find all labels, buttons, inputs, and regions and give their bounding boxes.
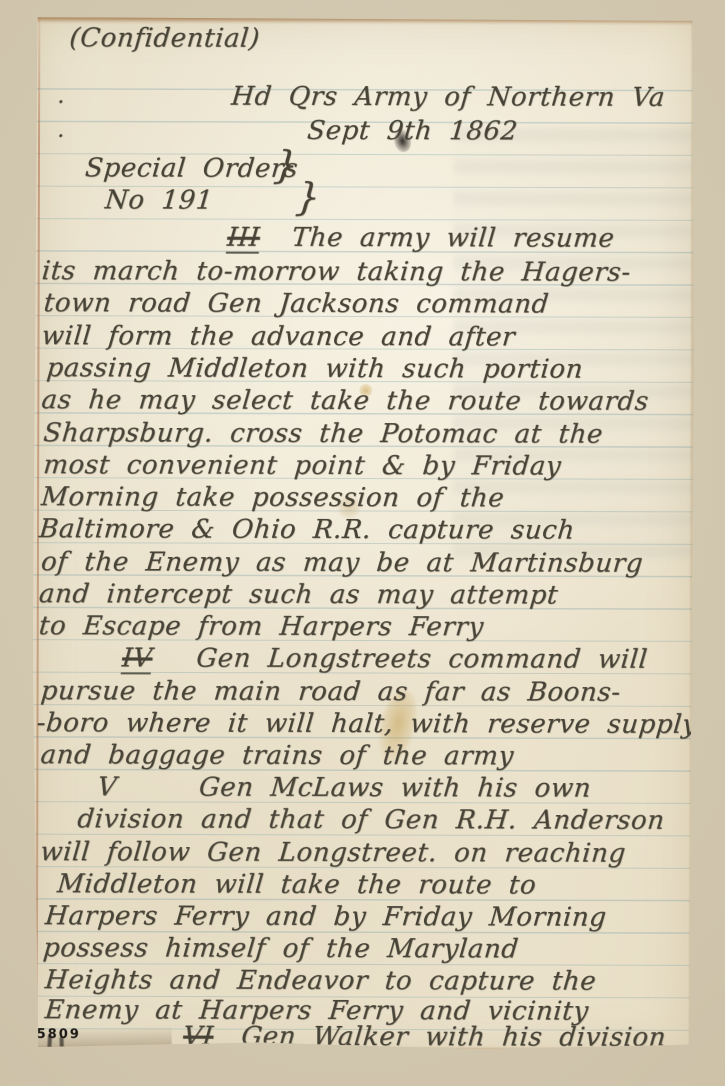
paragraph-numeral: V <box>96 774 118 801</box>
manuscript-line: } <box>294 178 322 218</box>
line-text: } <box>294 175 323 219</box>
handwritten-text: (Confidential)·Hd Qrs Army of Northern V… <box>32 17 695 1053</box>
line-text: will follow Gen Longstreet. on reaching <box>39 837 627 869</box>
line-text: and intercept such as may attempt <box>38 579 560 610</box>
manuscript-line: -boro where it will halt, with reserve s… <box>35 710 698 739</box>
line-text: town road Gen Jacksons command <box>43 288 551 319</box>
paragraph-numeral: VI <box>182 1024 215 1053</box>
line-text: Sept 9th 1862 <box>306 116 519 147</box>
manuscript-line: IIIThe army will resume <box>226 225 616 255</box>
line-text: The army will resume <box>290 223 615 254</box>
manuscript-line: Hd Qrs Army of Northern Va <box>230 84 666 112</box>
manuscript-line: · <box>56 125 66 148</box>
manuscript-line: passing Middleton with such portion <box>45 355 584 384</box>
line-text: · <box>56 124 66 149</box>
manuscript-line: its march to-morrow taking the Hagers- <box>41 258 632 287</box>
manuscript-line: VIGen Walker with his division <box>182 1024 668 1055</box>
line-text: (Confidential) <box>68 23 261 53</box>
manuscript-line: to Escape from Harpers Ferry <box>38 613 485 641</box>
manuscript-line: Middleton will take the route to <box>56 871 537 900</box>
manuscript-line: } <box>272 146 300 186</box>
manuscript-line: of the Enemy as may be at Martinsburg <box>40 549 644 578</box>
manuscript-line: as he may select take the route towards <box>40 387 650 416</box>
catalog-stamp: 5809 <box>37 1027 81 1042</box>
manuscript-line: Heights and Endeavor to capture the <box>44 967 598 996</box>
manuscript-line: IVGen Longstreets command will <box>121 645 649 676</box>
manuscript-line: will form the advance and after <box>40 323 516 352</box>
line-text: will form the advance and after <box>40 321 516 352</box>
manuscript-line: and baggage trains of the army <box>39 742 515 771</box>
line-text: and baggage trains of the army <box>39 740 515 771</box>
line-text: to Escape from Harpers Ferry <box>38 611 485 642</box>
paragraph-numeral: IV <box>121 645 154 674</box>
manuscript-line: division and that of Gen R.H. Anderson <box>76 806 666 835</box>
line-text: No 191 <box>104 185 215 215</box>
manuscript-page: (Confidential)·Hd Qrs Army of Northern V… <box>32 17 695 1053</box>
line-text: division and that of Gen R.H. Anderson <box>76 804 666 836</box>
line-text: passing Middleton with such portion <box>45 353 584 384</box>
line-text: Harpers Ferry and by Friday Morning <box>44 901 608 932</box>
line-text: Gen Walker with his division <box>240 1022 667 1053</box>
manuscript-line: No 191 <box>104 187 214 215</box>
line-text: Baltimore & Ohio R.R. capture such <box>38 514 576 545</box>
manuscript-line: Baltimore & Ohio R.R. capture such <box>38 516 576 545</box>
line-text: Gen Longstreets command will <box>195 644 649 675</box>
manuscript-line: Special Orders <box>84 155 299 183</box>
manuscript-line: will follow Gen Longstreet. on reaching <box>39 839 627 868</box>
line-text: Morning take possession of the <box>40 482 506 513</box>
line-text: possess himself of the Maryland <box>42 933 520 964</box>
line-text: Gen McLaws with his own <box>198 773 593 804</box>
manuscript-line: town road Gen Jacksons command <box>43 290 550 319</box>
line-text: Sharpsburg. cross the Potomac at the <box>42 418 604 449</box>
line-text: its march to-morrow taking the Hagers- <box>41 256 633 288</box>
manuscript-line: (Confidential) <box>68 25 261 53</box>
manuscript-line: most convenient point & by Friday <box>42 452 562 481</box>
manuscript-line: pursue the main road as far as Boons- <box>40 678 622 707</box>
line-text: Hd Qrs Army of Northern Va <box>230 82 666 113</box>
line-text: · <box>56 90 66 115</box>
line-text: Heights and Endeavor to capture the <box>44 965 598 996</box>
paragraph-numeral: III <box>226 225 261 254</box>
line-text: Middleton will take the route to <box>56 869 538 900</box>
manuscript-line: Sharpsburg. cross the Potomac at the <box>42 420 604 449</box>
manuscript-line: VGen McLaws with his own <box>96 774 592 803</box>
manuscript-line: · <box>56 91 66 114</box>
line-text: -boro where it will halt, with reserve s… <box>35 708 698 740</box>
manuscript-line: possess himself of the Maryland <box>42 935 520 964</box>
document-scan: (Confidential)·Hd Qrs Army of Northern V… <box>0 0 725 1086</box>
manuscript-line: and intercept such as may attempt <box>38 581 559 610</box>
line-text: of the Enemy as may be at Martinsburg <box>40 547 645 579</box>
manuscript-line: Harpers Ferry and by Friday Morning <box>44 903 608 932</box>
manuscript-line: Morning take possession of the <box>40 484 505 513</box>
line-text: Special Orders <box>84 153 299 184</box>
line-text: pursue the main road as far as Boons- <box>39 676 622 708</box>
line-text: as he may select take the route towards <box>40 385 650 417</box>
manuscript-line: Sept 9th 1862 <box>306 118 519 146</box>
line-text: most convenient point & by Friday <box>42 450 562 481</box>
